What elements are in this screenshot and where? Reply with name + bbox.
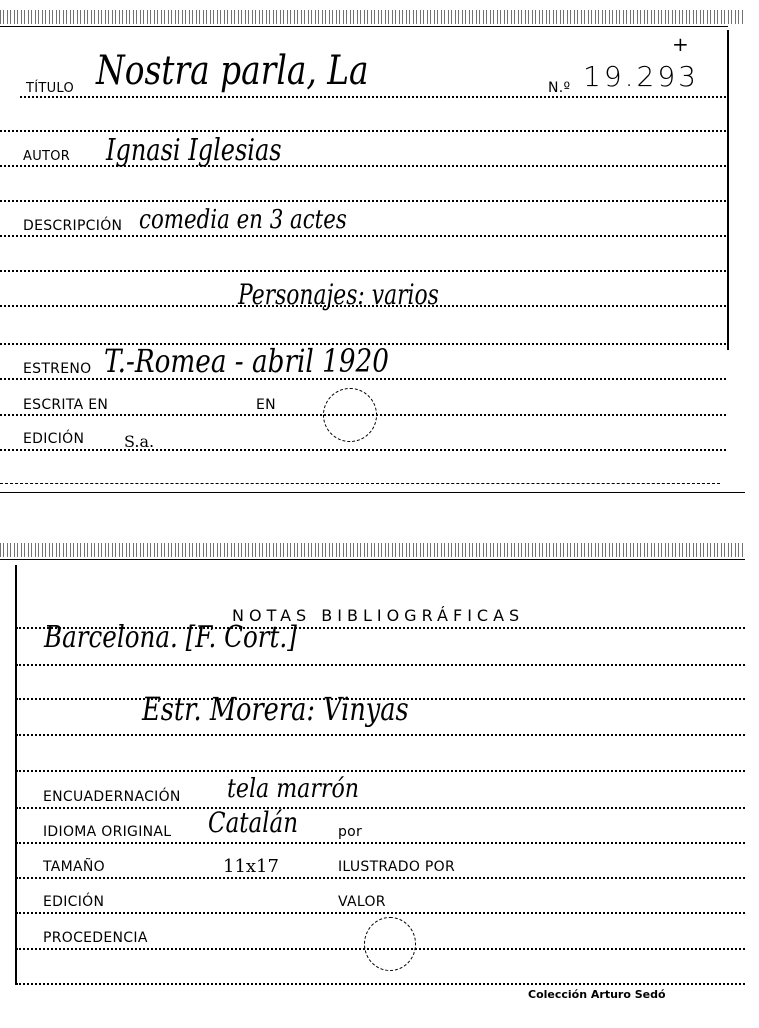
tamano-label: TAMAÑO — [43, 859, 105, 875]
stamp-circle — [323, 388, 377, 442]
rule — [0, 235, 726, 237]
edicion-label-bottom: EDICIÓN — [43, 894, 104, 910]
descripcion-value: comedia en 3 actes — [139, 205, 347, 235]
collection-footer: Colección Arturo Sedó — [528, 988, 666, 1001]
idioma-original-value: Catalán — [208, 806, 298, 839]
top-card-right-border — [727, 30, 729, 350]
numero-label: N.º — [548, 80, 570, 96]
numero-value: 19.293 — [583, 60, 699, 93]
por-label: por — [338, 824, 362, 840]
numero-mark: + — [672, 32, 689, 56]
rule — [16, 664, 745, 666]
rule — [0, 200, 726, 202]
descripcion-label: DESCRIPCIÓN — [23, 218, 122, 234]
stamp-circle — [364, 917, 416, 971]
autor-value: Ignasi Iglesias — [106, 133, 282, 168]
card-bottom-edge — [0, 483, 720, 484]
rule — [16, 734, 745, 736]
rule — [0, 165, 726, 167]
en-label: EN — [256, 397, 276, 413]
rule — [16, 983, 745, 985]
autor-label: AUTOR — [23, 149, 70, 164]
rule — [0, 270, 726, 272]
rule — [20, 96, 726, 98]
rule — [16, 770, 745, 772]
escrita-en-label: ESCRITA EN — [23, 397, 108, 413]
estreno-label: ESTRENO — [23, 361, 91, 377]
rule — [16, 842, 745, 844]
rule — [0, 378, 726, 380]
procedencia-label: PROCEDENCIA — [43, 930, 148, 946]
rule — [0, 130, 726, 132]
tamano-value: 11x17 — [223, 856, 279, 877]
bottom-card-edge-line — [0, 559, 745, 560]
top-card-edge-line — [0, 26, 728, 27]
rule — [16, 912, 745, 914]
ilustrado-por-label: ILUSTRADO POR — [338, 859, 455, 875]
card-separator — [0, 492, 745, 493]
top-card-torn-edge — [0, 10, 745, 24]
rule — [0, 449, 726, 451]
bottom-card-torn-edge — [0, 543, 745, 557]
titulo-label: TÍTULO — [26, 81, 74, 96]
rule — [0, 305, 726, 307]
note-line-1: Barcelona. [F. Cort.] — [44, 620, 297, 655]
encuadernacion-value: tela marrón — [227, 774, 359, 804]
idioma-original-label: IDIOMA ORIGINAL — [43, 824, 171, 840]
encuadernacion-label: ENCUADERNACIÓN — [43, 789, 181, 805]
valor-label: VALOR — [338, 894, 386, 910]
titulo-value: Nostra parla, La — [96, 48, 369, 94]
estreno-value: T.-Romea - abril 1920 — [104, 342, 389, 380]
note-line-2: Estr. Morera: Vinyas — [142, 690, 409, 728]
rule — [16, 807, 745, 809]
rule — [16, 877, 745, 879]
edicion-label: EDICIÓN — [23, 431, 84, 447]
